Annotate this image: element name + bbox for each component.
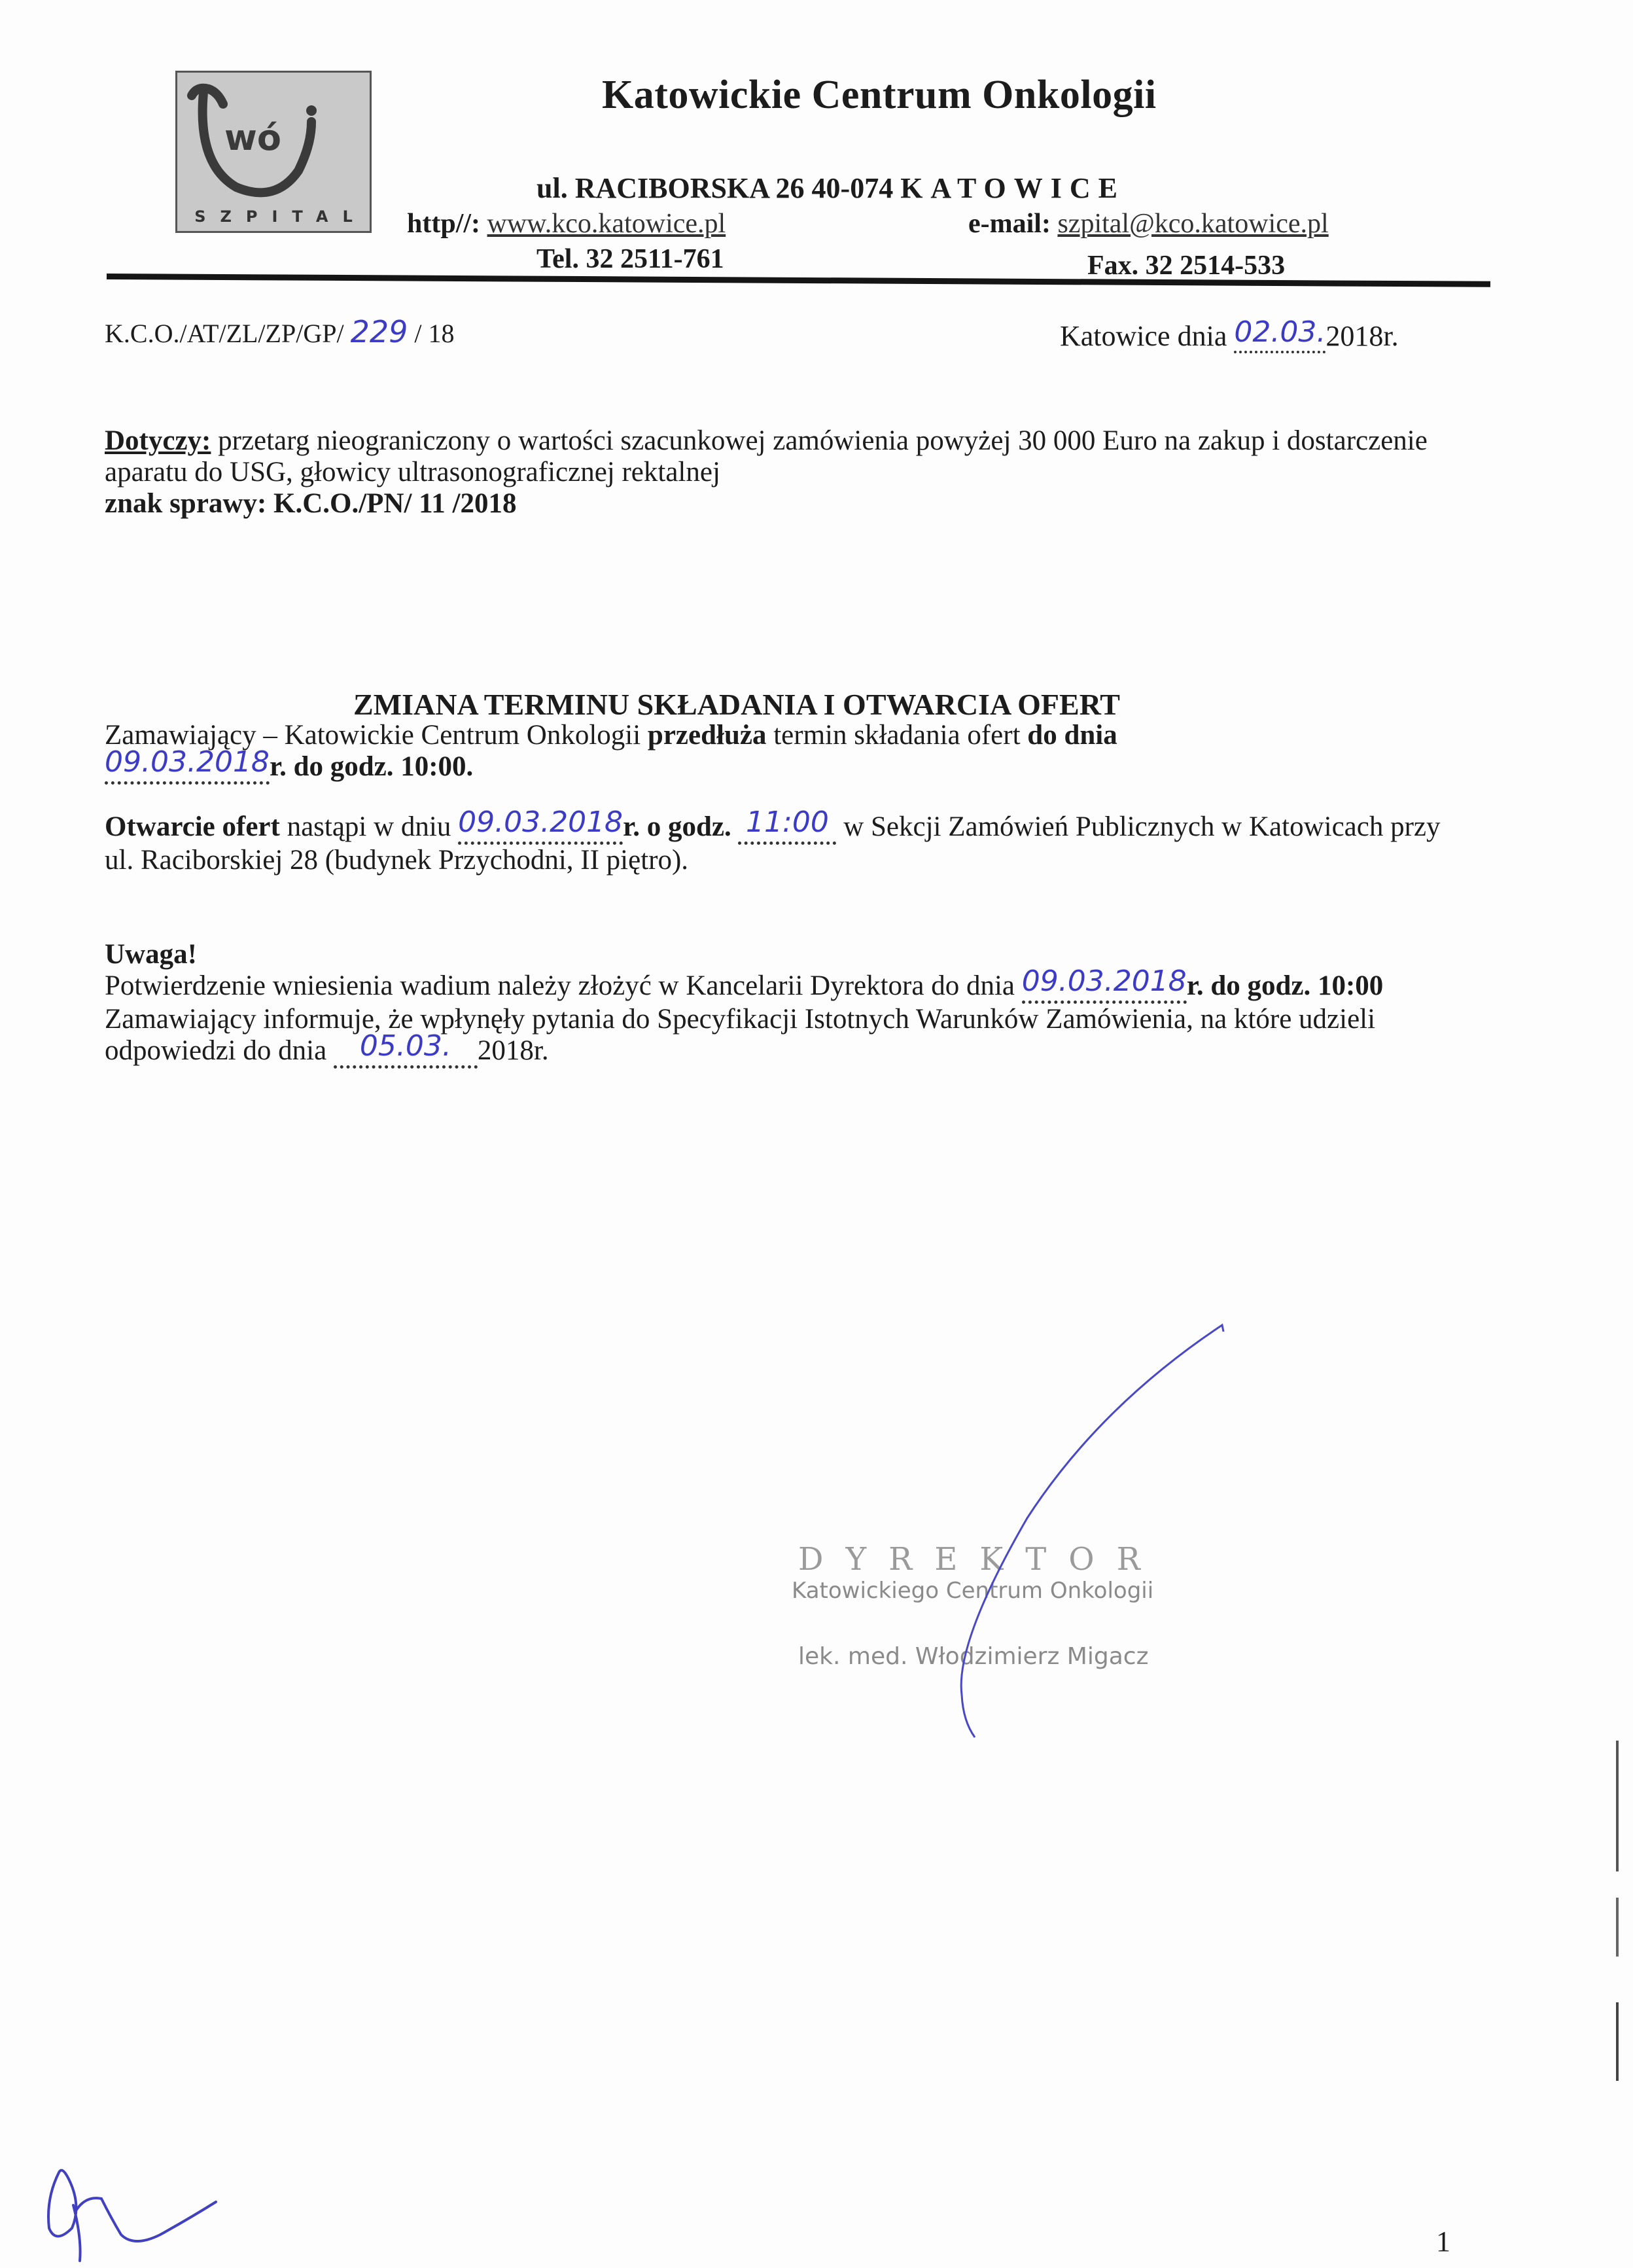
signature-icon xyxy=(903,1302,1243,1760)
street: ul. RACIBORSKA 26 xyxy=(536,172,805,204)
wadium-date-slot: 09.03.2018 xyxy=(1022,971,1187,1004)
deadline-time: r. do godz. 10:00. xyxy=(270,751,473,782)
fax-number: Fax. 32 2514-533 xyxy=(1087,250,1285,281)
handwritten-deadline-date: 09.03.2018 xyxy=(105,745,270,779)
extension-verb: przedłuża xyxy=(648,720,767,751)
notice-heading: Uwaga! xyxy=(105,939,197,970)
handwritten-opening-date: 09.03.2018 xyxy=(458,806,623,839)
website-link[interactable]: www.kco.katowice.pl xyxy=(487,209,726,239)
opening-date-slot: 09.03.2018 xyxy=(458,812,623,845)
email-line: e-mail: szpital@kco.katowice.pl xyxy=(968,208,1329,239)
handwritten-date: 02.03. xyxy=(1234,315,1326,349)
questions-text: Zamawiający informuje, że wpłynęły pytan… xyxy=(105,1004,1375,1066)
case-number: znak sprawy: K.C.O./PN/ 11 /2018 xyxy=(105,488,517,519)
answers-year: 2018r. xyxy=(478,1035,549,1066)
opening-time-label: r. o godz. xyxy=(623,811,731,842)
reference-suffix: / 18 xyxy=(414,319,454,348)
extension-paragraph: Zamawiający – Katowickie Centrum Onkolog… xyxy=(105,720,1472,785)
extension-deadline-label: do dnia xyxy=(1027,720,1117,751)
website-line: http//: www.kco.katowice.pl xyxy=(407,208,726,239)
page-number: 1 xyxy=(1436,2225,1450,2258)
logo-caption: SZPITAL xyxy=(177,207,370,226)
reference-prefix: K.C.O./AT/ZL/ZP/GP/ xyxy=(105,319,344,348)
postal-code: 40-074 xyxy=(812,172,894,204)
scan-edge-artifact xyxy=(1615,1636,1620,2268)
svg-text:wó: wó xyxy=(224,117,281,158)
handwritten-reference: 229 xyxy=(351,314,408,349)
email-label: e-mail: xyxy=(968,209,1051,239)
handwritten-wadium-date: 09.03.2018 xyxy=(1022,965,1187,998)
wadium-time: r. do godz. 10:00 xyxy=(1187,970,1384,1001)
deadline-date-slot: 09.03.2018 xyxy=(105,752,270,785)
dateline-prefix: Katowice dnia xyxy=(1060,320,1234,352)
notice-title: ZMIANA TERMINU SKŁADANIA I OTWARCIA OFER… xyxy=(353,687,1120,722)
reference-number: K.C.O./AT/ZL/ZP/GP/ 229 / 18 xyxy=(105,314,455,349)
email-link[interactable]: szpital@kco.katowice.pl xyxy=(1057,209,1328,239)
opening-time-slot: 11:00 xyxy=(738,812,836,845)
opening-text: nastąpi w dniu xyxy=(280,811,458,842)
initials-icon xyxy=(20,2159,229,2264)
subject-paragraph: Dotyczy: przetarg nieograniczony o warto… xyxy=(105,425,1472,520)
address-line: ul. RACIBORSKA 26 40-074 KATOWICE xyxy=(536,171,1125,205)
wadium-text: Potwierdzenie wniesienia wadium należy z… xyxy=(105,970,1022,1001)
opening-label: Otwarcie ofert xyxy=(105,811,280,842)
city: KATOWICE xyxy=(900,172,1125,204)
date-slot: 02.03. xyxy=(1234,322,1326,353)
subject-text: przetarg nieograniczony o wartości szacu… xyxy=(105,425,1428,487)
extension-text-2: termin składania ofert xyxy=(766,720,1027,751)
notice-section: Uwaga! Potwierdzenie wniesienia wadium n… xyxy=(105,939,1472,1069)
organization-name: Katowickie Centrum Onkologii xyxy=(602,72,1157,118)
handwritten-opening-time: 11:00 xyxy=(746,806,829,839)
hospital-logo: wó SZPITAL xyxy=(175,71,372,233)
website-label: http//: xyxy=(407,209,480,239)
dateline: Katowice dnia 02.03.2018r. xyxy=(1060,319,1399,353)
handwritten-answers-date: 05.03. xyxy=(360,1029,451,1063)
phone-number: Tel. 32 2511-761 xyxy=(536,243,724,275)
answers-date-slot: 05.03. xyxy=(334,1036,478,1069)
dateline-year: 2018r. xyxy=(1326,320,1398,352)
opening-paragraph: Otwarcie ofert nastąpi w dniu 09.03.2018… xyxy=(105,811,1472,876)
subject-label: Dotyczy: xyxy=(105,425,211,456)
